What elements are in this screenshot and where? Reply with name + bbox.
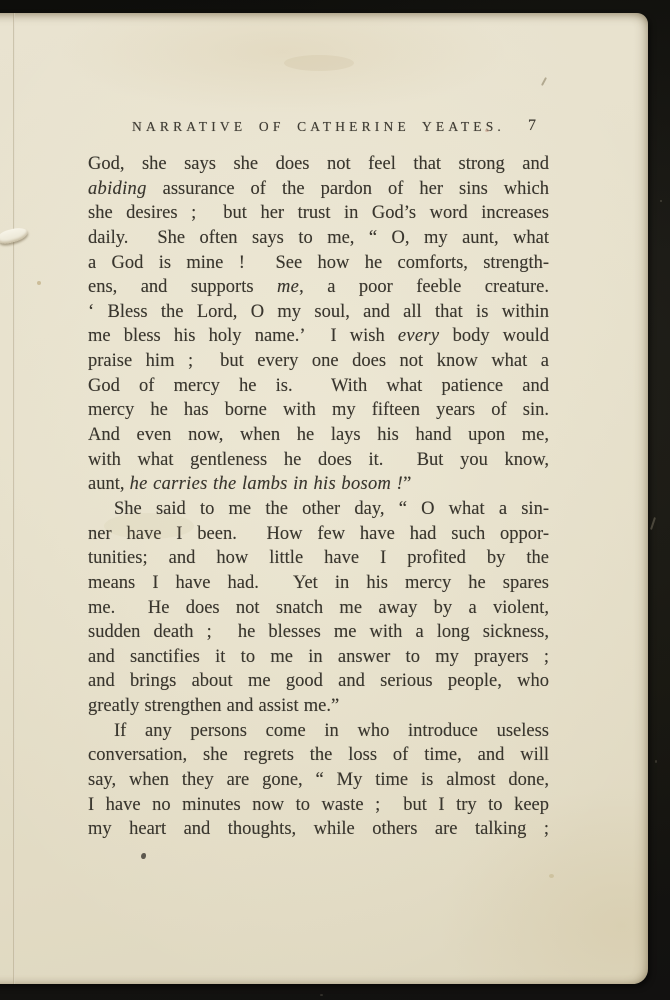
text-line: means I have had. Yet in his mercy he sp… [88,571,549,596]
dust-speck [660,200,662,202]
text-line: me bless his holy name.’ I wish every bo… [88,324,549,349]
text-line: with what gentleness he does it. But you… [88,448,549,473]
text-line: conversation, she regrets the loss of ti… [88,743,549,768]
foxing-spot [549,874,554,878]
text-line: praise him ; but every one does not know… [88,349,549,374]
paper-stain [284,55,354,71]
book-page: NARRATIVE OF CATHERINE YEATES. 7 God, sh… [0,13,648,984]
text-line: If any persons come in who introduce use… [88,719,549,744]
margin-mark [650,517,656,530]
text-line: God of mercy he is. With what patience a… [88,374,549,399]
text-line: and sanctifies it to me in answer to my … [88,645,549,670]
text-line: sudden death ; he blesses me with a long… [88,620,549,645]
text-line: my heart and thoughts, while others are … [88,817,549,842]
scratch-mark [541,77,547,86]
text-line: ‘ Bless the Lord, O my soul, and all tha… [88,300,549,325]
binding-crease [13,13,15,984]
text-line: a God is mine ! See how he comforts, str… [88,251,549,276]
text-line: daily. She often says to me, “ O, my aun… [88,226,549,251]
running-head-title: NARRATIVE OF CATHERINE YEATES. [88,119,549,135]
text-line: me. He does not snatch me away by a viol… [88,596,549,621]
text-line: tunities; and how little have I profited… [88,546,549,571]
page-body: God, she says she does not feel that str… [88,152,549,842]
text-line: And even now, when he lays his hand upon… [88,423,549,448]
foxing-spot [37,281,41,285]
text-line: mercy he has borne with my fifteen years… [88,398,549,423]
text-line: aunt, he carries the lambs in his bosom … [88,472,549,497]
dust-speck [320,994,323,996]
text-line: God, she says she does not feel that str… [88,152,549,177]
ink-speck [141,853,146,859]
foxing-spot [485,129,489,132]
text-line: she desires ; but her trust in God’s wor… [88,201,549,226]
text-line: ens, and supports me, a poor feeble crea… [88,275,549,300]
page-number: 7 [528,117,536,135]
page-header: NARRATIVE OF CATHERINE YEATES. 7 [88,119,549,141]
text-line: greatly strengthen and assist me.” [88,694,549,719]
text-line: and brings about me good and serious peo… [88,669,549,694]
text-line: I have no minutes now to waste ; but I t… [88,793,549,818]
text-line: abiding assurance of the pardon of her s… [88,177,549,202]
dust-speck [655,760,657,763]
text-line: say, when they are gone, “ My time is al… [88,768,549,793]
book-scan: NARRATIVE OF CATHERINE YEATES. 7 God, sh… [0,0,670,1000]
paper-stain [104,513,194,539]
